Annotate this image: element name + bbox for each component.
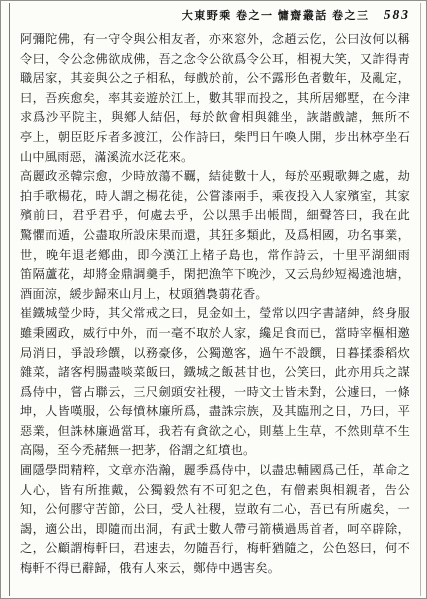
text-line: 謁，適公出，即隨而出洞，有武士數人帶弓箭橫過馬首者，呵卒辟除，武士不避 (20, 520, 410, 540)
text-line: 高麗政丞韓宗愈，少時放蕩不覊，結徒數十人，每於巫覡歌舞之處，劫掠醉飽， (20, 167, 410, 187)
running-header: 大東野乘 卷之一 慵齋叢話 卷之三 583 (19, 7, 410, 23)
text-line: 笛隔蘆花，却將金鼎調羹手，閑把漁竿下晚沙，又云烏紗短褐遶池塘，柳岸微風 (20, 265, 410, 285)
text-line: 世，晚年退老鄕曲，即今漢江上楮子島也，常作詩云，十里平湖細雨過，一聲長 (20, 246, 410, 266)
text-line: 高陽，至今禿赭無一把茅，俗謂之紅墳也。 (20, 441, 410, 461)
scanned-book-page: 大東野乘 卷之一 慵齋叢話 卷之三 583 阿彌陀佛，有一守令與公相友者，亦來窓… (0, 0, 427, 599)
text-line: 阿彌陀佛，有一守令與公相友者，亦來窓外，念趙云仡，公曰汝何以稱我名，守 (20, 30, 410, 50)
text-line: 職居家，其妾與公之子相私，每戲於前，公不露形色者數年，及亂定，忽揩目 (20, 69, 410, 89)
text-line: 驚懼而遁，公盡取所設床果而還，其狂多類此，及爲相國，功名事業，彪炳當 (20, 226, 410, 246)
text-line: 酒面涼，緩步歸來山月上，杖頭猶裊蒻花香。 (20, 285, 410, 305)
text-line: 殯前曰，君乎君乎，何處去乎，公以黑手出帳間，細聲答曰，我在此矣，婦人皆 (20, 206, 410, 226)
text-line: 曰，吾疾愈矣，率其妾遊於江上，數其罪而投之，其所居鄕墅，在今津寬下，公 (20, 89, 410, 109)
text-line: 惡業，但誅林廉過當耳，我若有貪欲之心，則墓上生草，不然則草不生矣，墓在 (20, 422, 410, 442)
text-line: 梅軒不得已辭歸，俄有人來云，鄭侍中遇害矣。 (20, 559, 410, 579)
text-line: 崔鐵城瑩少時，其父常戒之曰，見金如土，瑩常以四字書諸紳，終身服膺而勿失， (20, 304, 410, 324)
text-line: 局消日，爭設珍饌，以務豪侈，公獨邀客，過午不設饌，日暮揉黍稻炊飯，兼陳 (20, 344, 410, 364)
book-title: 大東野乘 卷之一 慵齋叢話 卷之三 (182, 10, 370, 22)
text-line: 拍手歌楊花，時人謂之楊花徒，公嘗漆兩手，乘夜投入人家殯室，其家婦人來哭 (20, 187, 410, 207)
page-number: 583 (384, 7, 410, 23)
text-line: 亭上，朝臣貶斥者多渡江，公作詩曰，柴門日午喚人開，步出林亭坐石苔，昨夜 (20, 128, 410, 148)
text-line: 山中風雨惡，滿溪流水泛花來。 (20, 148, 410, 168)
text-line: 圃隱學問精粹，文章亦浩瀚，麗季爲侍中，以盡忠輔國爲己任，革命之際，天命 (20, 461, 410, 481)
text-line: 坤，人皆嘆服，公每憤林廉所爲，盡誅宗族，及其臨刑之日，乃曰，平生未嘗爲 (20, 402, 410, 422)
text-line: 求爲沙平院主，與鄕人結侶，每於飮會相與雜坐，詼諧戲謔，無所不至，一日坐 (20, 108, 410, 128)
text-line: 令曰，令公念佛欲成佛，吾之念令公欲爲令公耳，相視大笑，又詐得靑盲疾，辭 (20, 50, 410, 70)
text-line: 雜菜，諸客枵腸盡啖菜飯曰，鐵城之飯甚甘也，公笑曰，此亦用兵之謀也，太祖 (20, 363, 410, 383)
text-line: 人心，皆有所推戴，公獨毅然有不可犯之色，有僧素與相親者，告公曰，時事可 (20, 481, 410, 501)
text-line: 雖秉國政，威行中外，而一毫不取於人家，纔足食而已，當時宰樞相邀迓，以棋 (20, 324, 410, 344)
body-text: 阿彌陀佛，有一守令與公相友者，亦來窓外，念趙云仡，公曰汝何以稱我名，守令曰，令公… (20, 30, 410, 579)
text-line: 知，公何膠守苦節，公曰，受人社稷，豈敢有二心，吾已有所處矣，一日梅軒往 (20, 500, 410, 520)
text-line: 之，公顧謂梅軒曰，君速去，勿隨吾行，梅軒猶隨之，公色怒曰，何不聽余言， (20, 539, 410, 559)
text-line: 爲侍中，嘗占聯云，三尺劍頭安社稷，一時文士皆未對，公遽曰，一條鞭末定乾 (20, 383, 410, 403)
